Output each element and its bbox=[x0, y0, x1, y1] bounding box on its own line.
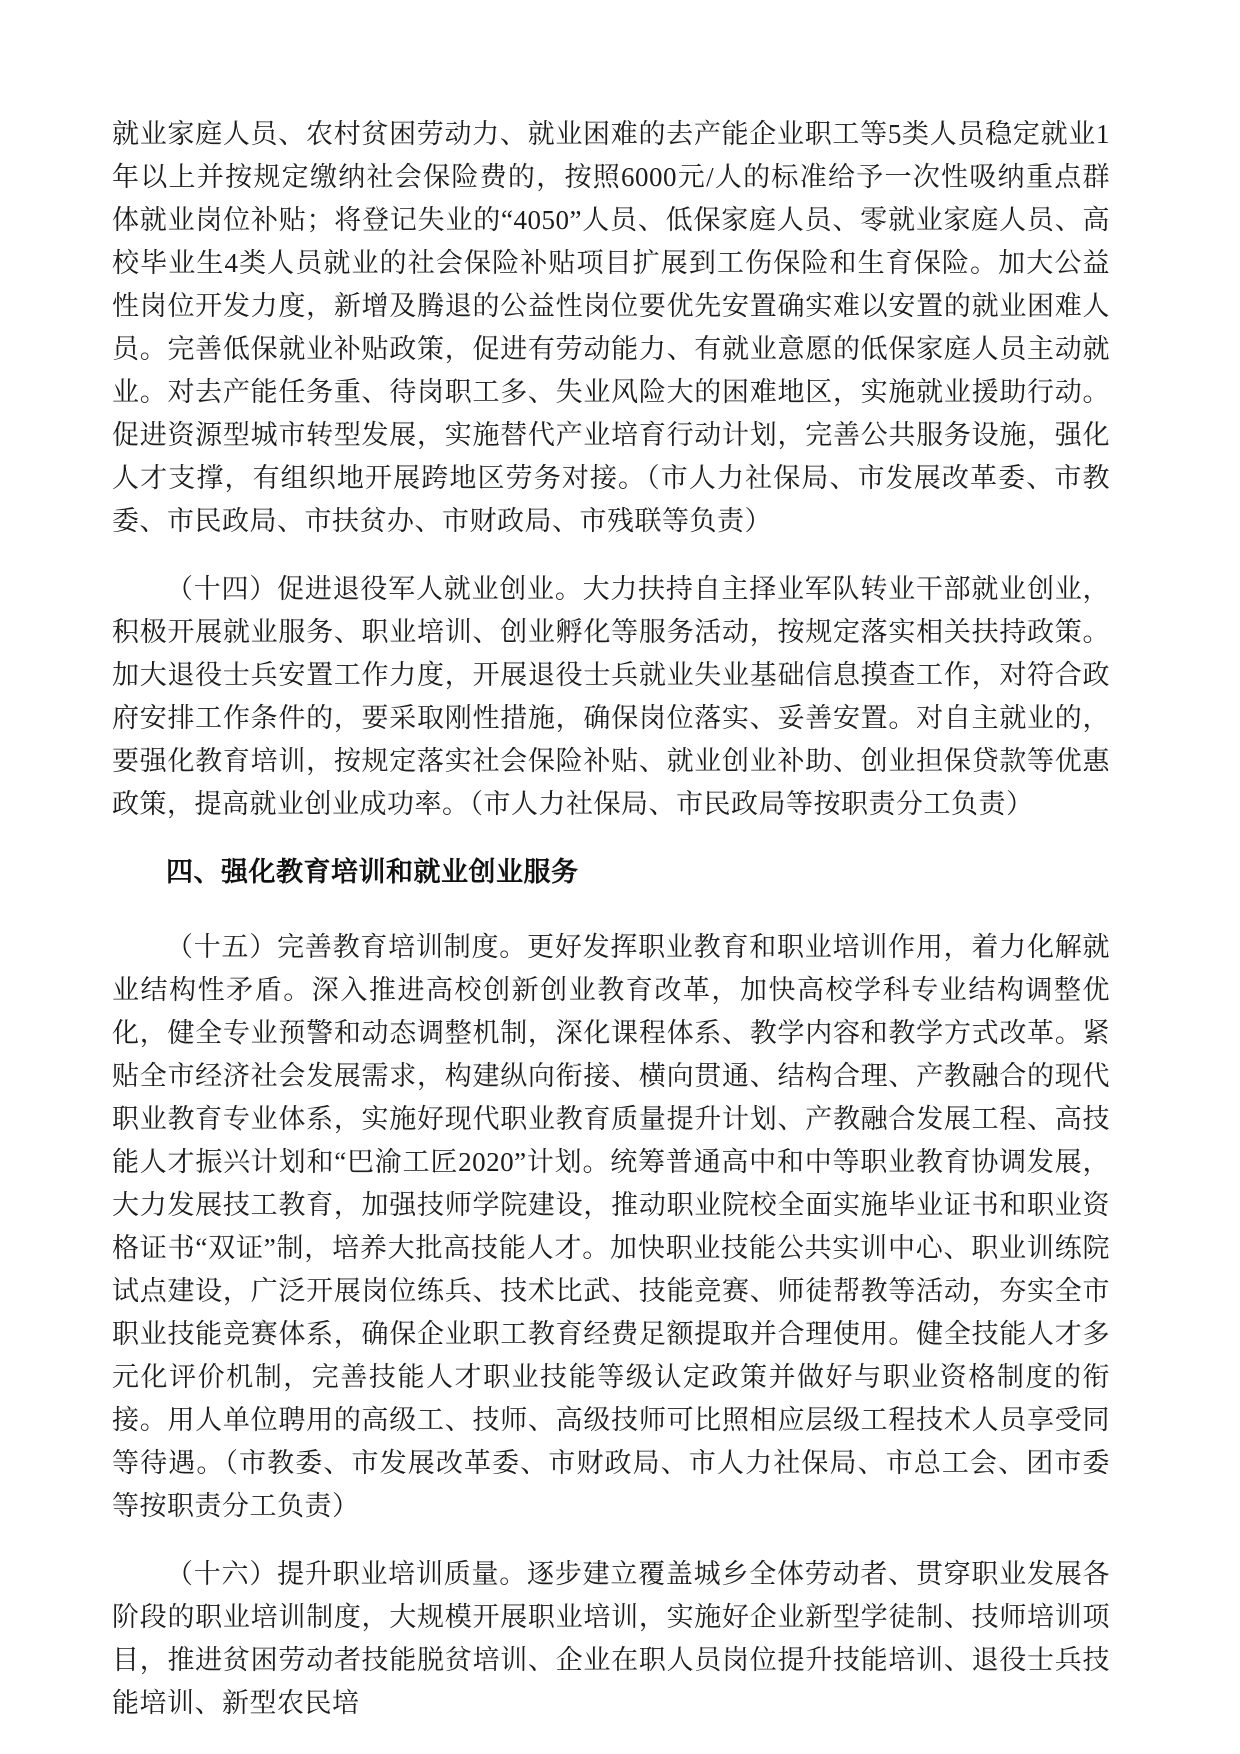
paragraph-item-16: （十六）提升职业培训质量。逐步建立覆盖城乡全体劳动者、贯穿职业发展各阶段的职业培… bbox=[112, 1553, 1110, 1725]
paragraph-continuation: 就业家庭人员、农村贫困劳动力、就业困难的去产能企业职工等5类人员稳定就业1年以上… bbox=[112, 113, 1110, 543]
paragraph-item-14: （十四）促进退役军人就业创业。大力扶持自主择业军队转业干部就业创业，积极开展就业… bbox=[112, 568, 1110, 826]
section-heading: 四、强化教育培训和就业创业服务 bbox=[112, 851, 1110, 894]
document-content: 就业家庭人员、农村贫困劳动力、就业困难的去产能企业职工等5类人员稳定就业1年以上… bbox=[112, 113, 1110, 1750]
paragraph-item-15: （十五）完善教育培训制度。更好发挥职业教育和职业培训作用，着力化解就业结构性矛盾… bbox=[112, 926, 1110, 1528]
document-page: 就业家庭人员、农村贫困劳动力、就业困难的去产能企业职工等5类人员稳定就业1年以上… bbox=[0, 0, 1240, 1754]
